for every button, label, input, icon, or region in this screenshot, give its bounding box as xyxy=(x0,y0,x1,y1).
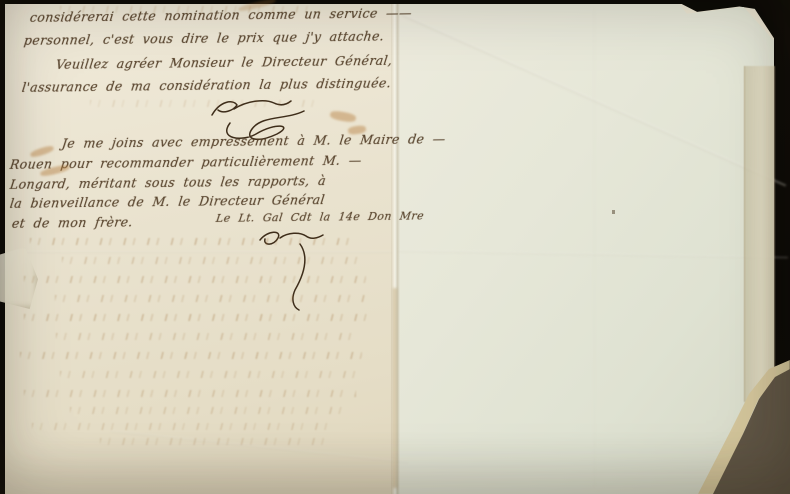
ink-show-through-row xyxy=(24,276,366,283)
paper-speck xyxy=(612,210,615,214)
ink-show-through-row xyxy=(56,333,356,340)
ink-show-through-row xyxy=(24,314,372,321)
ink-show-through-row xyxy=(60,6,320,13)
center-fold-stain xyxy=(393,288,397,488)
ink-show-through-row xyxy=(62,257,362,264)
under-sheet-edge xyxy=(744,66,775,402)
letter-dateline: Le Lt. Gal Cdt la 14e Don Mre xyxy=(215,209,425,225)
ink-show-through-row xyxy=(90,100,320,107)
ink-show-through-row xyxy=(100,438,330,445)
ink-show-through-row xyxy=(55,295,367,302)
ink-show-through-row xyxy=(20,352,362,359)
ink-show-through-row xyxy=(32,423,332,430)
crease-line xyxy=(592,8,594,488)
letter-line: et de mon frère. xyxy=(11,215,134,232)
ink-show-through-row xyxy=(30,238,360,245)
letter-sheet-right-page xyxy=(395,4,774,494)
ink-show-through-row xyxy=(24,390,356,397)
ink-show-through-row xyxy=(60,371,360,378)
photograph-background: considérerai cette nomination comme un s… xyxy=(0,0,790,494)
ink-show-through-row xyxy=(70,407,352,414)
